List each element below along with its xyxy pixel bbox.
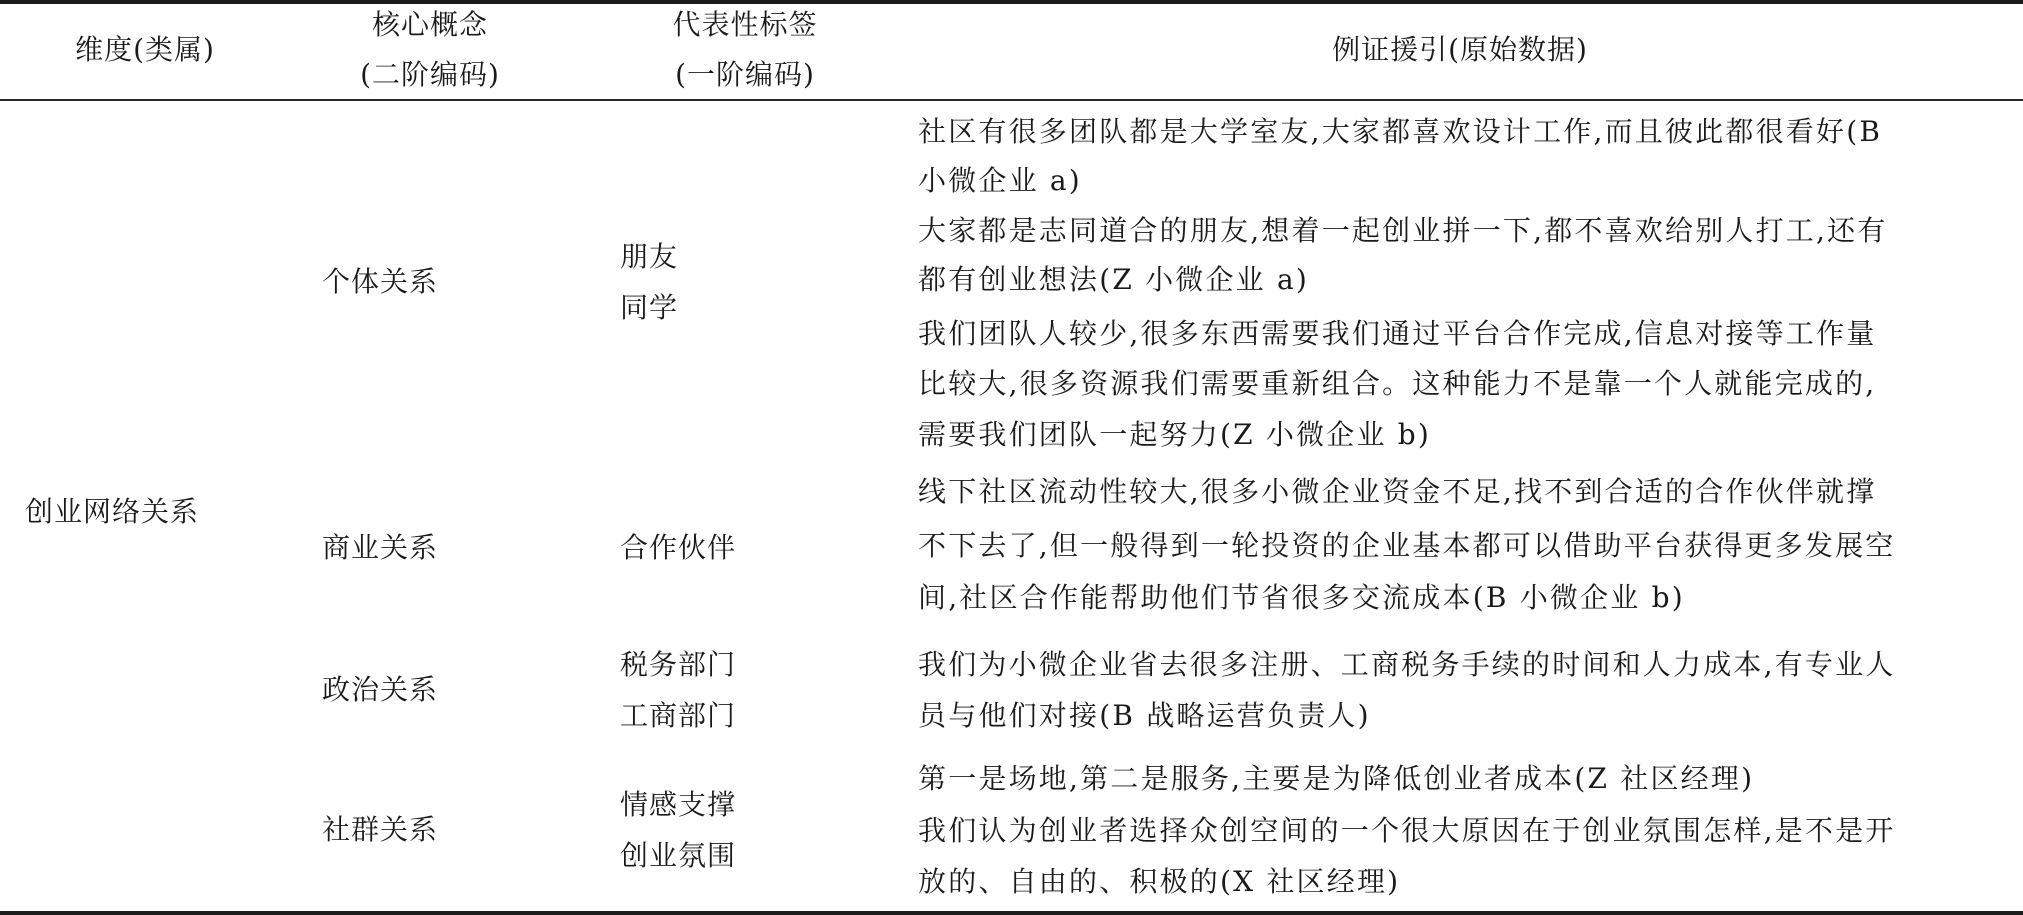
header-bottom-rule [0,99,2023,101]
label-cell: 创业氛围 [620,839,736,873]
concept-cell: 政治关系 [322,673,438,707]
evidence-line: 我们认为创业者选择众创空间的一个很大原因在于创业氛围怎样,是不是开 [918,814,2003,848]
evidence-line: 放的、自由的、积极的(X 社区经理) [918,865,2003,899]
concept-cell: 商业关系 [322,531,438,565]
label-cell: 合作伙伴 [620,531,736,565]
evidence-line: 都有创业想法(Z 小微企业 a) [918,263,2003,297]
label-cell: 同学 [620,291,678,325]
header-concept-line2: (二阶编码) [330,58,530,92]
table-bottom-rule [0,911,2023,915]
evidence-line: 我们团队人较少,很多东西需要我们通过平台合作完成,信息对接等工作量 [918,317,2003,351]
evidence-line: 需要我们团队一起努力(Z 小微企业 b) [918,418,2003,452]
label-cell: 税务部门 [620,648,736,682]
evidence-line: 社区有很多团队都是大学室友,大家都喜欢设计工作,而且彼此都很看好(B [918,115,2003,149]
evidence-line: 员与他们对接(B 战略运营负责人) [918,699,2003,733]
evidence-line: 小微企业 a) [918,164,2003,198]
header-dimension: 维度(类属) [20,33,270,67]
dimension-cell: 创业网络关系 [25,495,199,529]
evidence-line: 线下社区流动性较大,很多小微企业资金不足,找不到合适的合作伙伴就撑 [918,475,2003,509]
evidence-line: 比较大,很多资源我们需要重新组合。这种能力不是靠一个人就能完成的, [918,367,2003,401]
label-cell: 工商部门 [620,699,736,733]
table-top-rule [0,0,2023,4]
concept-cell: 个体关系 [322,265,438,299]
header-label-line2: (一阶编码) [635,58,855,92]
evidence-line: 不下去了,但一般得到一轮投资的企业基本都可以借助平台获得更多发展空 [918,529,2003,563]
label-cell: 情感支撑 [620,788,736,822]
evidence-line: 大家都是志同道合的朋友,想着一起创业拼一下,都不喜欢给别人打工,还有 [918,214,2003,248]
evidence-line: 间,社区合作能帮助他们节省很多交流成本(B 小微企业 b) [918,581,2003,615]
concept-cell: 社群关系 [322,813,438,847]
header-evidence: 例证援引(原始数据) [1160,33,1760,67]
evidence-line: 我们为小微企业省去很多注册、工商税务手续的时间和人力成本,有专业人 [918,648,2003,682]
header-label-line1: 代表性标签 [635,8,855,42]
header-concept-line1: 核心概念 [330,8,530,42]
evidence-line: 第一是场地,第二是服务,主要是为降低创业者成本(Z 社区经理) [918,762,2003,796]
label-cell: 朋友 [620,240,678,274]
